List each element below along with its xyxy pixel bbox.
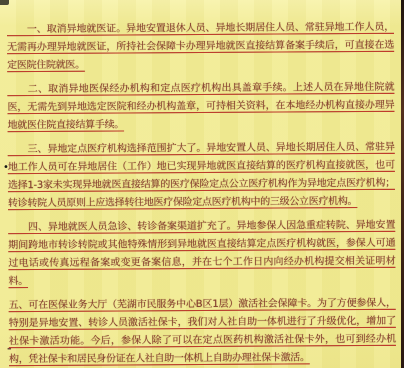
- paragraph-5-number: 五、: [9, 300, 29, 311]
- paragraph-1-number: 一、: [27, 24, 47, 35]
- paragraph-3-indent: [8, 144, 28, 155]
- scan-artifact-top-left-mark: [0, 0, 9, 5]
- paragraph-3-text: 异地定点医疗机构选择范围扩大了。异地安置人员、异地长期居住人员、常驻异地工作人员…: [8, 142, 395, 209]
- notice-body: 一、取消异地就医证。异地安置退休人员、异地长期居住人员、常驻异地工作人员，无需再…: [7, 19, 396, 368]
- paragraph-2-number: 二、: [28, 84, 48, 95]
- scanned-notice-page: • - 一、取消异地就医证。异地安置退休人员、异地长期居住人员、常驻异地工作人员…: [0, 0, 404, 368]
- paragraph-1: 一、取消异地就医证。异地安置退休人员、异地长期居住人员、常驻异地工作人员，无需再…: [7, 19, 394, 75]
- paragraph-4: 四、异地就医人员急诊、转诊备案渠道扩充了。异地参保人因急重症转院、异地安置期间跨…: [8, 217, 395, 291]
- paragraph-3-number: 三、: [28, 144, 48, 155]
- paragraph-1-text: 取消异地就医证。异地安置退休人员、异地长期居住人员、常驻异地工作人员，无需再办理…: [7, 22, 394, 71]
- paragraph-1-indent: [7, 24, 27, 35]
- paragraph-4-number: 四、: [28, 222, 48, 233]
- paragraph-4-text: 异地就医人员急诊、转诊备案渠道扩充了。异地参保人因急重症转院、异地安置期间跨地市…: [8, 220, 395, 287]
- paragraph-5: 五、可在医保业务大厅（芜湖市民服务中心B区1层）激活社会保障卡。为了方便参保人，…: [9, 295, 396, 368]
- paragraph-2: 二、取消异地医保经办机构和定点医疗机构出具盖章手续。上述人员在异地住院就医，无需…: [7, 79, 394, 135]
- paragraph-5-text: 可在医保业务大厅（芜湖市民服务中心B区1层）激活社会保障卡。为了方便参保人，特别…: [9, 298, 396, 365]
- paragraph-3: 三、异地定点医疗机构选择范围扩大了。异地安置人员、异地长期居住人员、常驻异地工作…: [8, 139, 395, 213]
- paragraph-4-indent: [8, 222, 28, 233]
- paragraph-2-text: 取消异地医保经办机构和定点医疗机构出具盖章手续。上述人员在异地住院就医，无需先到…: [7, 82, 394, 131]
- paragraph-2-indent: [7, 84, 27, 95]
